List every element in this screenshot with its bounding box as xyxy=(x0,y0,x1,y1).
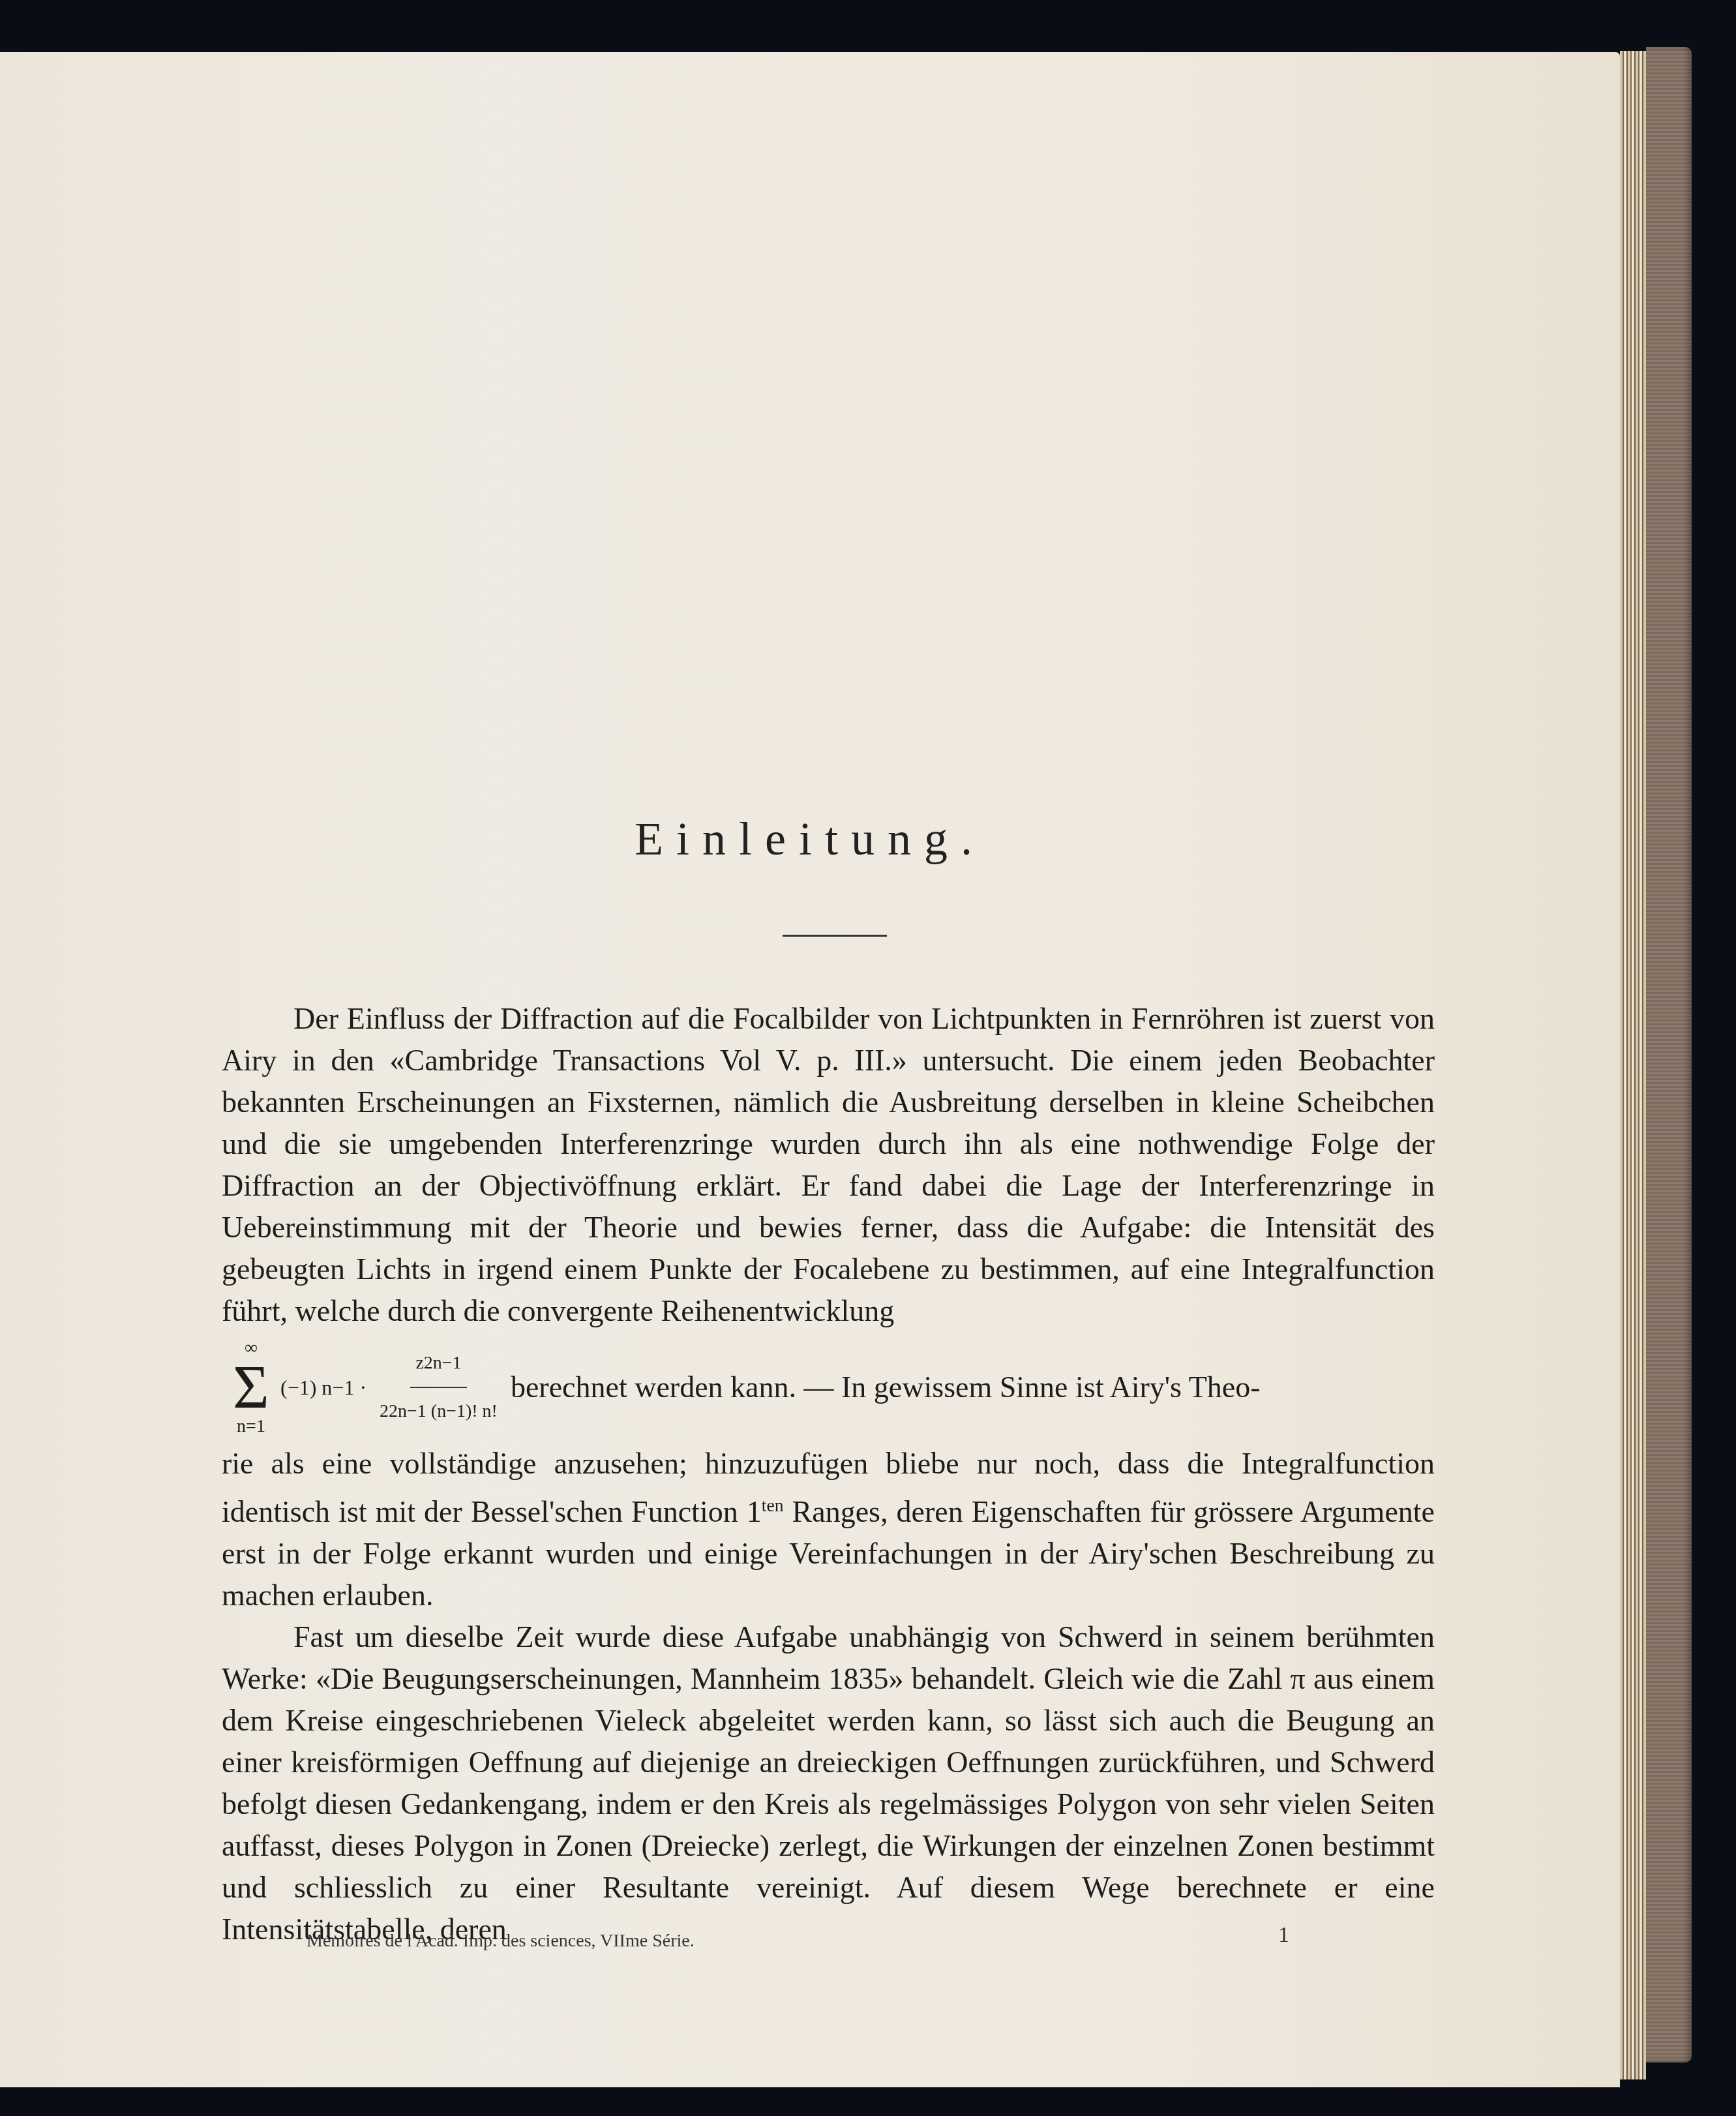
paragraph-1a: Der Einfluss der Diffraction auf die Foc… xyxy=(222,998,1435,1332)
formula-trailing-text: berechnet werden kann. — In gewissem Sin… xyxy=(511,1367,1261,1408)
sum-symbol: Σ xyxy=(233,1358,269,1417)
fraction: z2n−1 22n−1 (n−1)! n! xyxy=(380,1342,498,1432)
denominator: 22n−1 (n−1)! n! xyxy=(380,1388,498,1432)
series-formula: ∞ Σ n=1 (−1) n−1 · z2n−1 22n−1 (n−1)! n!… xyxy=(222,1338,1435,1436)
footer-signature: Mémoires de l'Acad. Imp. des sciences, V… xyxy=(307,1931,695,1952)
title-rule xyxy=(783,935,887,937)
sign-term: (−1) n−1 · xyxy=(280,1367,367,1408)
body-text: Der Einfluss der Diffraction auf die Foc… xyxy=(222,998,1435,1950)
p1b-sup: ten xyxy=(762,1495,784,1515)
page-number: 1 xyxy=(1278,1923,1289,1948)
paragraph-2: Fast um dieselbe Zeit wurde diese Aufgab… xyxy=(222,1616,1435,1950)
summation: ∞ Σ n=1 xyxy=(222,1338,280,1436)
chapter-title: Einleitung. xyxy=(0,812,1620,866)
book-binding xyxy=(1646,47,1692,2063)
paragraph-1b: rie als eine vollständige anzusehen; hin… xyxy=(222,1443,1435,1616)
numerator: z2n−1 xyxy=(410,1342,466,1388)
page-edges xyxy=(1620,51,1646,2079)
book-page: Einleitung. Der Einfluss der Diffraction… xyxy=(0,52,1620,2087)
sum-lower: n=1 xyxy=(237,1417,265,1436)
